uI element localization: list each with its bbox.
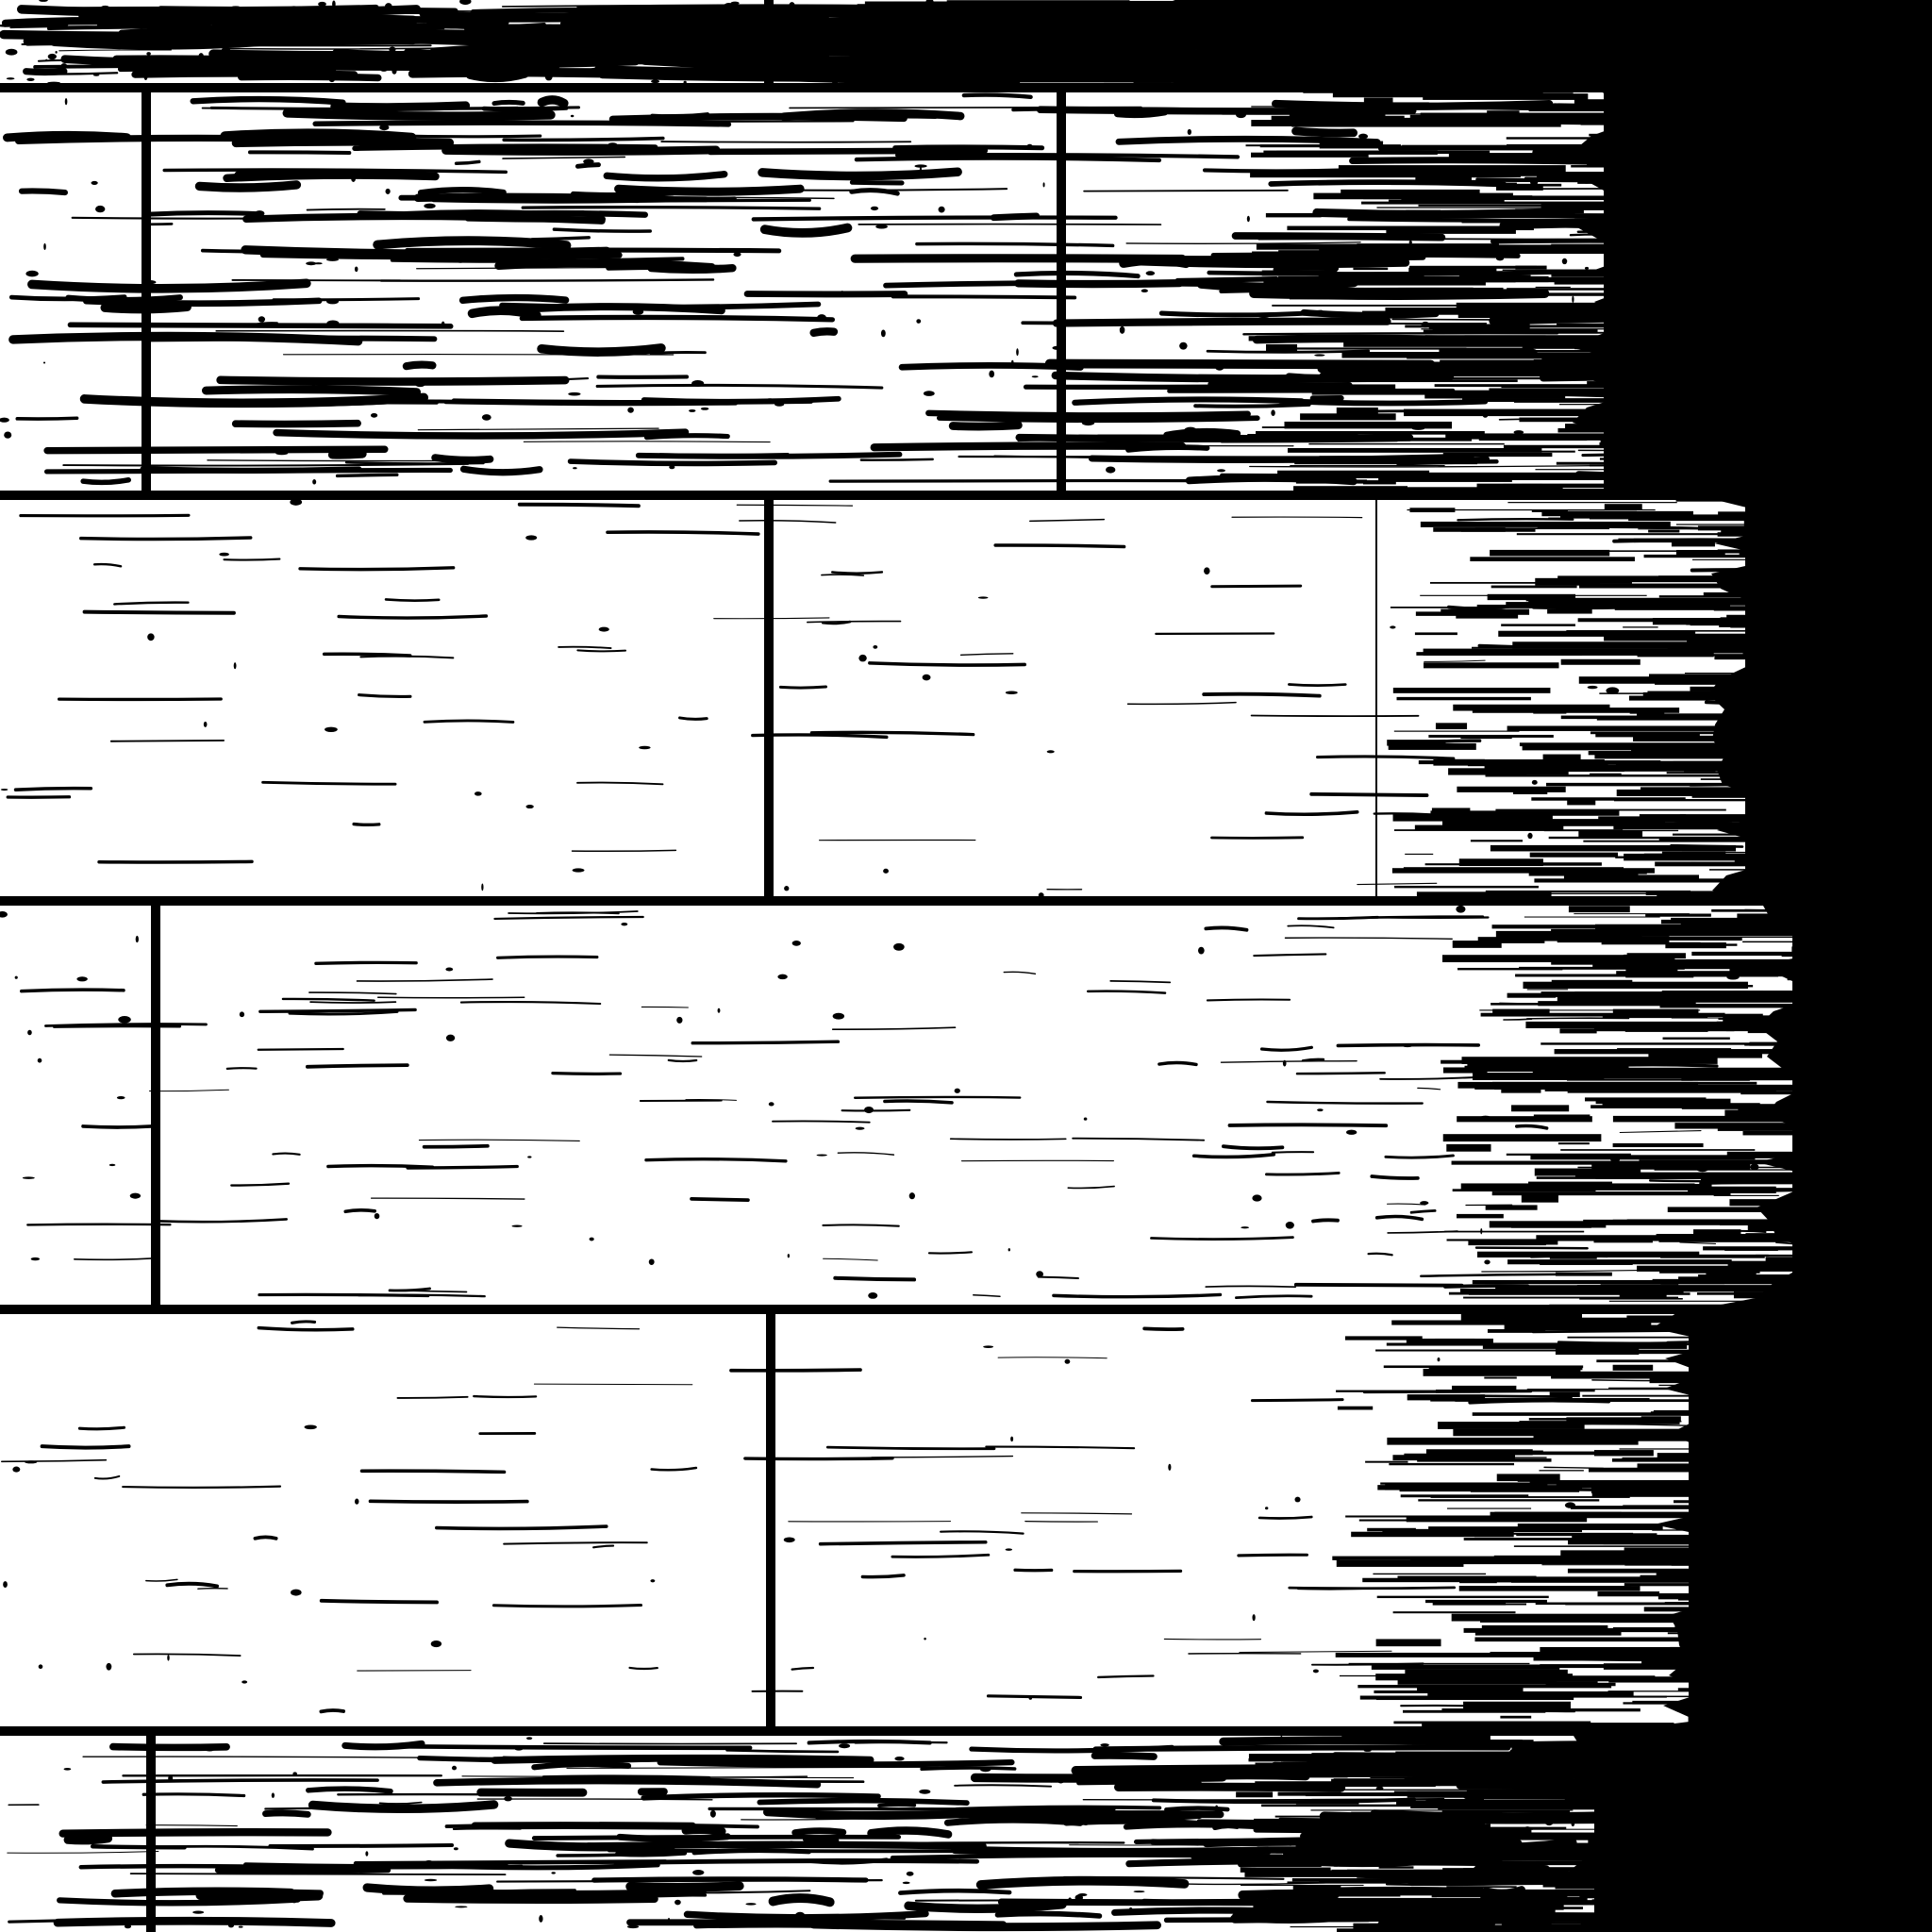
wood-plank-texture xyxy=(0,0,1932,1932)
